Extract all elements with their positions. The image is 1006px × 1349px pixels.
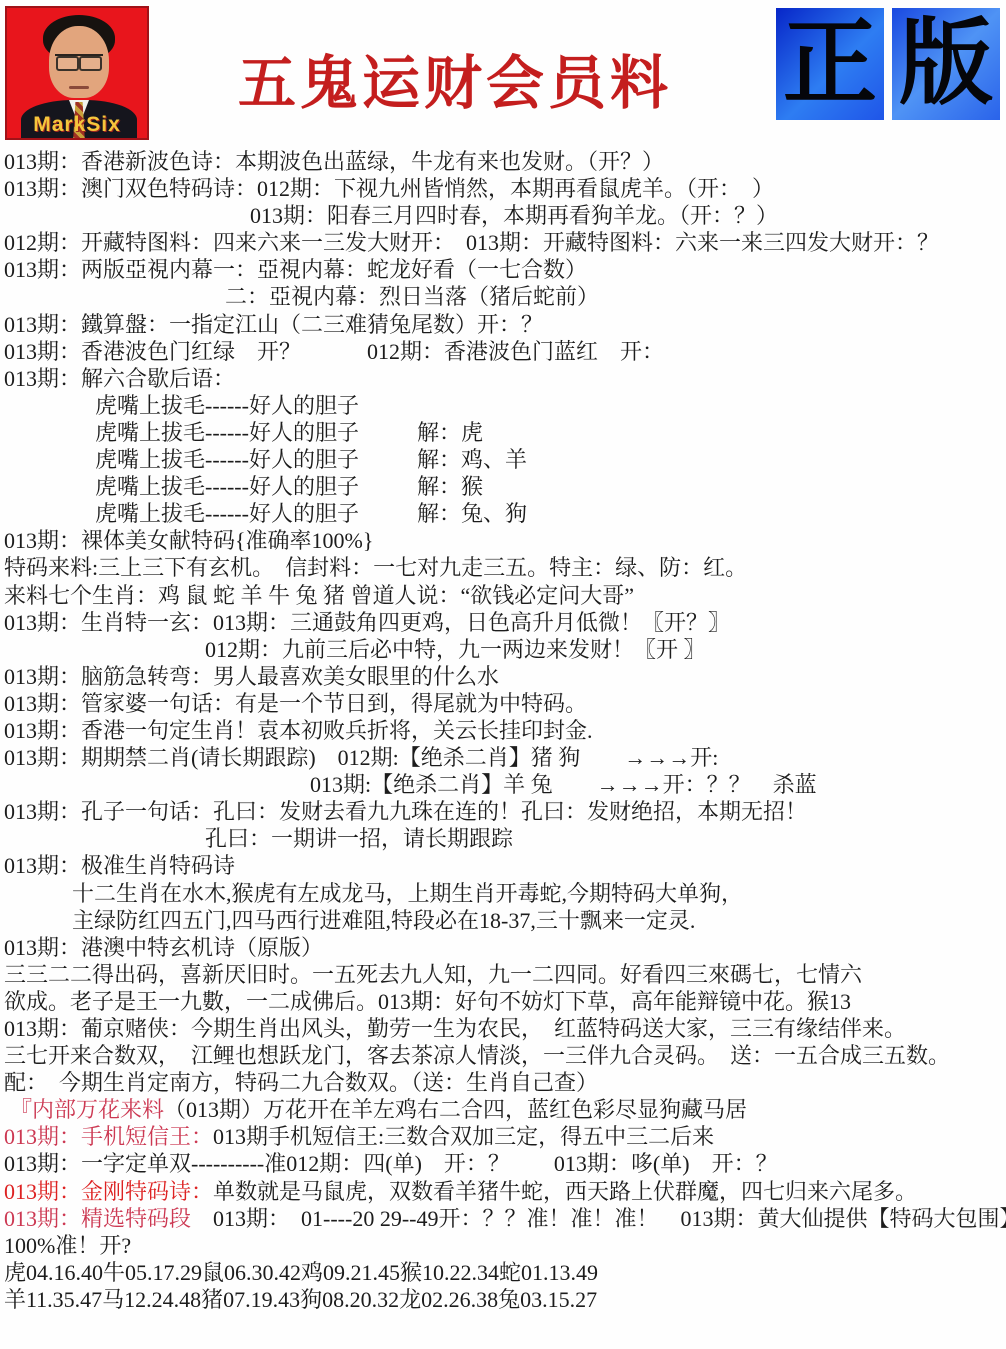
- line-text: 013期：脑筋急转弯：男人最喜欢美女眼里的什么水: [4, 664, 499, 689]
- text-line: 三三二二得出码，喜新厌旧时。一五死去九人知，九一二四同。好看四三來碼七，七情六: [0, 961, 1006, 988]
- text-line: 013期：手机短信王：013期手机短信王:三数合双加三定，得五中三二后来: [0, 1123, 1006, 1150]
- line-text: 013期：港澳中特玄机诗（原版）: [4, 935, 323, 960]
- line-text: 013期： 01----20 29--49开：？？准！准！准！ 013期：黄大仙…: [191, 1206, 1006, 1231]
- text-line: 013期：两版亞視内幕一：亞視内幕：蛇龙好看（一七合数）: [0, 256, 1006, 283]
- text-line: 『内部万花来料（013期）万花开在羊左鸡右二合四，蓝红色彩尽显狗藏马居: [0, 1096, 1006, 1123]
- line-text: 012期：开藏特图料：四来六来一三发大财开： 013期：开藏特图料：六来一来三四…: [4, 230, 939, 255]
- line-text-red: 013期：精选特码段: [4, 1206, 191, 1231]
- line-text: 013期：期期禁二肖(请长期跟踪) 012期:【绝杀二肖】猪 狗 →→→开:: [4, 745, 718, 770]
- text-line: 013期：一字定单双----------准012期：四(单) 开：？ 013期：…: [0, 1150, 1006, 1177]
- text-line: 013期：鐵算盤：一指定江山（二三难猜兔尾数）开：？: [0, 311, 1006, 338]
- text-line: 欲成。老子是王一九數，一二成佛后。013期：好句不妨灯下草，高年能辩镜中花。猴1…: [0, 988, 1006, 1015]
- text-line: 013期：香港一句定生肖！袁本初败兵折将，关云长挂印封金.: [0, 717, 1006, 744]
- text-line: 二：亞視内幕：烈日当落（猪后蛇前）: [0, 283, 1006, 310]
- line-text: 013期：香港波色门红绿 开？ 012期：香港波色门蓝红 开：: [4, 339, 664, 364]
- line-text: 来料七个生肖：鸡 鼠 蛇 羊 牛 兔 猪 曾道人说：“欲钱必定问大哥”: [4, 583, 634, 608]
- line-text: 013期：管家婆一句话：有是一个节日到，得尾就为中特码。: [4, 691, 587, 716]
- text-line: 十二生肖在水木,猴虎有左成龙马，上期生肖开毒蛇,今期特码大单狗，: [0, 880, 1006, 907]
- line-text: 羊11.35.47马12.24.48猪07.19.43狗08.20.32龙02.…: [4, 1287, 597, 1312]
- text-line: 013期：解六合歇后语：: [0, 365, 1006, 392]
- content-lines: 013期：香港新波色诗：本期波色出蓝绿，牛龙有来也发财。（开？）013期：澳门双…: [0, 148, 1006, 1313]
- text-line: 三七开来合数双， 江鲤也想跃龙门，客去茶凉人情淡，一三伴九合灵码。 送：一五合成…: [0, 1042, 1006, 1069]
- line-text: 解：兔、狗: [417, 501, 527, 526]
- line-text: 十二生肖在水木,猴虎有左成龙马，上期生肖开毒蛇,今期特码大单狗，: [72, 881, 743, 906]
- text-line: 013期：葡京赌侠：今期生肖出风头，勤劳一生为农民， 红蓝特码送大家，三三有缘结…: [0, 1015, 1006, 1042]
- line-text: 013期:【绝杀二肖】羊 兔 →→→开：？？ 杀蓝: [310, 772, 817, 797]
- line-text: 013期：澳门双色特码诗：012期：下视九州皆悄然，本期再看鼠虎羊。（开： ）: [4, 176, 774, 201]
- text-line: 013期：极准生肖特码诗: [0, 852, 1006, 879]
- line-text: 二：亞視内幕：烈日当落（猪后蛇前）: [225, 284, 599, 309]
- text-line: 013期：港澳中特玄机诗（原版）: [0, 934, 1006, 961]
- portrait-glasses: [55, 54, 103, 66]
- text-line: 013期：脑筋急转弯：男人最喜欢美女眼里的什么水: [0, 663, 1006, 690]
- line-text: 013期：香港一句定生肖！袁本初败兵折将，关云长挂印封金.: [4, 718, 593, 743]
- line-text: 三七开来合数双， 江鲤也想跃龙门，客去茶凉人情淡，一三伴九合灵码。 送：一五合成…: [4, 1043, 950, 1068]
- line-text: 013期：一字定单双----------准012期：四(单) 开：？ 013期：…: [4, 1151, 778, 1176]
- line-text: 虎嘴上拔毛------好人的胆子: [95, 474, 359, 499]
- header: MarkSix 五鬼运财会员料 正 版: [0, 0, 1006, 146]
- text-line: 虎嘴上拔毛------好人的胆子解：鸡、羊: [0, 446, 1006, 473]
- text-line: 013期：金刚特码诗：单数就是马鼠虎，双数看羊猪牛蛇，西天路上伏群魔，四七归来六…: [0, 1178, 1006, 1205]
- line-text: 孔曰：一期讲一招，请长期跟踪: [205, 826, 513, 851]
- genuine-badge: 正 版: [776, 8, 1000, 120]
- text-line: 100%准！开?: [0, 1232, 1006, 1259]
- page: MarkSix 五鬼运财会员料 正 版 013期：香港新波色诗：本期波色出蓝绿，…: [0, 0, 1006, 1349]
- line-text: 013期：解六合歇后语：: [4, 366, 235, 391]
- line-text: 主绿防红四五门,四马西行进难阻,特段必在18-37,三十飘来一定灵.: [72, 908, 695, 933]
- photo-watermark: MarkSix: [7, 113, 147, 137]
- text-line: 012期：开藏特图料：四来六来一三发大财开： 013期：开藏特图料：六来一来三四…: [0, 229, 1006, 256]
- text-line: 虎嘴上拔毛------好人的胆子解：猴: [0, 473, 1006, 500]
- text-line: 012期：九前三后必中特，九一两边来发财！〖开 〗: [0, 636, 1006, 663]
- line-text: 特码来料:三上三下有玄机。 信封料：一七对九走三五。特主：绿、防：红。: [4, 555, 747, 580]
- line-text: 虎嘴上拔毛------好人的胆子: [95, 447, 359, 472]
- line-text: 012期：九前三后必中特，九一两边来发财！〖开 〗: [205, 637, 706, 662]
- text-line: 013期：孔子一句话：孔曰：发财去看九九珠在连的！孔曰：发财绝招，本期无招！: [0, 798, 1006, 825]
- text-line: 013期：香港新波色诗：本期波色出蓝绿，牛龙有来也发财。（开？）: [0, 148, 1006, 175]
- line-text: 解：虎: [417, 420, 483, 445]
- text-line: 虎04.16.40牛05.17.29鼠06.30.42鸡09.21.45猴10.…: [0, 1259, 1006, 1286]
- line-text: 解：鸡、羊: [417, 447, 527, 472]
- portrait-mouth: [69, 86, 89, 89]
- line-text: 013期：两版亞視内幕一：亞視内幕：蛇龙好看（一七合数）: [4, 257, 587, 282]
- line-text: 013期：极准生肖特码诗: [4, 853, 235, 878]
- line-text: 虎嘴上拔毛------好人的胆子: [95, 501, 359, 526]
- line-text: 虎嘴上拔毛------好人的胆子: [95, 393, 359, 418]
- line-text: 013期：香港新波色诗：本期波色出蓝绿，牛龙有来也发财。（开？）: [4, 149, 664, 174]
- line-text: 虎嘴上拔毛------好人的胆子: [95, 420, 359, 445]
- line-text: 配： 今期生肖定南方，特码二九合数双。（送：生肖自己查）: [4, 1070, 598, 1095]
- text-line: 013期：阳春三月四时春，本期再看狗羊龙。（开：？）: [0, 202, 1006, 229]
- page-title: 五鬼运财会员料: [200, 36, 710, 120]
- line-text-red: 013期：金刚特码诗：: [4, 1179, 213, 1204]
- text-line: 013期：裸体美女献特码{准确率100%}: [0, 527, 1006, 554]
- line-text: 解：猴: [417, 474, 483, 499]
- text-line: 主绿防红四五门,四马西行进难阻,特段必在18-37,三十飘来一定灵.: [0, 907, 1006, 934]
- text-line: 羊11.35.47马12.24.48猪07.19.43狗08.20.32龙02.…: [0, 1286, 1006, 1313]
- text-line: 来料七个生肖：鸡 鼠 蛇 羊 牛 兔 猪 曾道人说：“欲钱必定问大哥”: [0, 582, 1006, 609]
- line-text: 单数就是马鼠虎，双数看羊猪牛蛇，西天路上伏群魔，四七归来六尾多。: [213, 1179, 917, 1204]
- portrait-photo: MarkSix: [5, 6, 149, 140]
- line-text-red: 『内部万花来料: [10, 1097, 164, 1122]
- line-text: 013期：生肖特一玄：013期：三通鼓角四更鸡，日色高升月低微！〖开？〗: [4, 610, 730, 635]
- line-text: 013期：孔子一句话：孔曰：发财去看九九珠在连的！孔曰：发财绝招，本期无招！: [4, 799, 807, 824]
- line-text: 013期：鐵算盤：一指定江山（二三难猜兔尾数）开：？: [4, 312, 543, 337]
- line-text: 虎04.16.40牛05.17.29鼠06.30.42鸡09.21.45猴10.…: [4, 1260, 598, 1285]
- line-text: 100%准！开?: [4, 1233, 131, 1258]
- line-text: 三三二二得出码，喜新厌旧时。一五死去九人知，九一二四同。好看四三來碼七，七情六: [4, 962, 862, 987]
- text-line: 013期：精选特码段 013期： 01----20 29--49开：？？准！准！…: [0, 1205, 1006, 1232]
- line-text: （013期）万花开在羊左鸡右二合四，蓝红色彩尽显狗藏马居: [164, 1097, 747, 1122]
- text-line: 013期：澳门双色特码诗：012期：下视九州皆悄然，本期再看鼠虎羊。（开： ）: [0, 175, 1006, 202]
- text-line: 虎嘴上拔毛------好人的胆子: [0, 392, 1006, 419]
- text-line: 孔曰：一期讲一招，请长期跟踪: [0, 825, 1006, 852]
- line-text: 欲成。老子是王一九數，一二成佛后。013期：好句不妨灯下草，高年能辩镜中花。猴1…: [4, 989, 851, 1014]
- text-line: 013期：香港波色门红绿 开？ 012期：香港波色门蓝红 开：: [0, 338, 1006, 365]
- badge-char-zheng: 正: [776, 8, 884, 120]
- line-text: 013期：裸体美女献特码{准确率100%}: [4, 528, 373, 553]
- line-text: 013期手机短信王:三数合双加三定，得五中三二后来: [213, 1124, 714, 1149]
- text-line: 013期：管家婆一句话：有是一个节日到，得尾就为中特码。: [0, 690, 1006, 717]
- text-line: 013期：生肖特一玄：013期：三通鼓角四更鸡，日色高升月低微！〖开？〗: [0, 609, 1006, 636]
- badge-char-ban: 版: [892, 8, 1000, 120]
- line-text-red: 013期：手机短信王：: [4, 1124, 213, 1149]
- line-text: 013期：葡京赌侠：今期生肖出风头，勤劳一生为农民， 红蓝特码送大家，三三有缘结…: [4, 1016, 906, 1041]
- text-line: 配： 今期生肖定南方，特码二九合数双。（送：生肖自己查）: [0, 1069, 1006, 1096]
- line-text: 013期：阳春三月四时春，本期再看狗羊龙。（开：？）: [250, 203, 778, 228]
- text-line: 特码来料:三上三下有玄机。 信封料：一七对九走三五。特主：绿、防：红。: [0, 554, 1006, 581]
- text-line: 013期：期期禁二肖(请长期跟踪) 012期:【绝杀二肖】猪 狗 →→→开:: [0, 744, 1006, 771]
- text-line: 虎嘴上拔毛------好人的胆子解：虎: [0, 419, 1006, 446]
- text-line: 013期:【绝杀二肖】羊 兔 →→→开：？？ 杀蓝: [0, 771, 1006, 798]
- text-line: 虎嘴上拔毛------好人的胆子解：兔、狗: [0, 500, 1006, 527]
